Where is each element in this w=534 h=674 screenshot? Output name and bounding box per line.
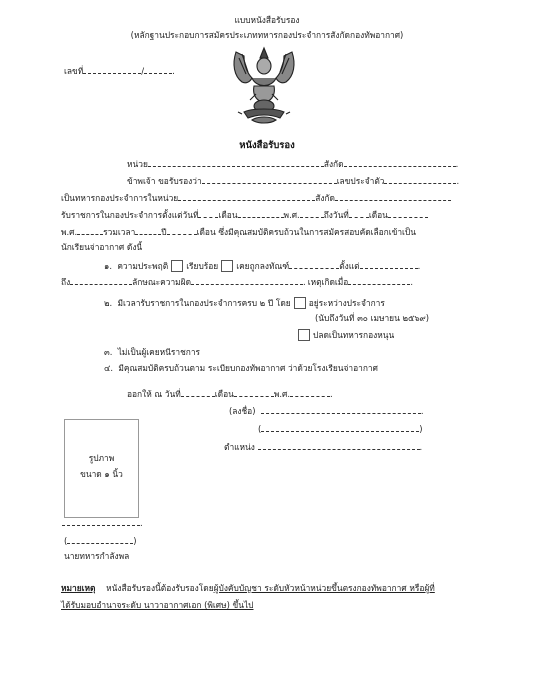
since-label: ตั้งแต่ [339,261,359,271]
item-1-number: ๑. [104,261,112,271]
soldier-affiliation-label: สังกัด [315,193,335,203]
item-2-number: ๒. [104,298,112,308]
item-1-label: ความประพฤติ [117,261,168,271]
incident-field[interactable] [348,277,410,285]
cadet-text: นักเรียนจ่าอากาศ ดังนี้ [61,243,142,251]
personnel-signature-row: . [62,518,142,527]
item-4-row: ๔. มีคุณสมบัติครบถ้วนตาม ระเบียบกองทัพอา… [104,364,378,372]
soldier-unit-row: เป็นทหารกองประจำการในหน่วยสังกัด [61,193,451,202]
document-number-row: เลขที่/. [64,66,174,75]
serving-checkbox[interactable] [294,297,306,309]
photo-label: รูปภาพ [65,454,138,462]
signer-close-paren: ) [419,424,422,434]
until-field[interactable] [70,277,132,285]
issue-day-field[interactable] [181,389,215,397]
offense-field[interactable] [191,277,303,285]
form-title: แบบหนังสือรับรอง [0,16,534,24]
garuda-emblem-icon [230,44,298,126]
personnel-close-paren: ) [133,536,136,546]
signer-name-field[interactable] [261,424,419,432]
affiliation-field[interactable] [344,159,456,167]
to-year-field[interactable] [77,227,103,235]
incident-label: เหตุเกิดเมื่อ [308,277,349,287]
photo-box[interactable]: รูปภาพ ขนาด ๑ นิ้ว [64,419,139,518]
document-number-label: เลขที่ [64,66,83,76]
unit-label: หน่วย [127,159,148,169]
certify-row: ข้าพเจ้า ขอรับรองว่าเลขประจำตัว. [127,176,458,185]
soldier-affiliation-field[interactable] [335,193,451,201]
from-month-label: เดือน [218,210,237,220]
item-4-number: ๔. [104,363,113,373]
behavior-good-checkbox[interactable] [171,260,183,272]
from-year-label: พ.ศ. [284,210,300,220]
total-years-field[interactable] [135,227,161,235]
to-day-field[interactable] [349,210,369,218]
service-period-row: รับราชการในกองประจำการตั้งแต่วันที่เดือน… [61,210,428,219]
item-3-label: ไม่เป็นผู้เคยหนีราชการ [118,347,200,357]
note-line-1: หมายเหตุ หนังสือรับรองนี้ต้องรับรองโดยผู… [61,584,435,592]
issued-label: ออกให้ ณ วันที่ [127,389,181,399]
unit-row: หน่วยสังกัด. [127,159,458,168]
until-label: ถึง [61,277,70,287]
note-text-plain: หนังสือรับรองนี้ต้องรับรองโดย [106,583,213,593]
issue-year-label: พ.ศ. [274,389,290,399]
position-row: ตำแหน่ง . [224,442,422,451]
signature-row: (ลงชื่อ) . [229,406,423,415]
id-number-label: เลขประจำตัว [337,176,385,186]
issue-year-field[interactable] [290,389,330,397]
signature-field[interactable] [261,406,421,414]
serving-note: (นับถึงวันที่ ๓๐ เมษายน ๒๕๖๙) [315,314,429,322]
item-2-label: มีเวลารับราชการในกองประจำการครบ ๒ ปี โดย [118,298,291,308]
affiliation-label: สังกัด [324,159,344,169]
total-months-field[interactable] [167,227,197,235]
soldier-unit-field[interactable] [178,193,315,201]
position-label: ตำแหน่ง [224,442,255,452]
behavior-punished-checkbox[interactable] [221,260,233,272]
note-label: หมายเหตุ [61,583,95,593]
note-line-2: ได้รับมอบอำนาจระดับ นาวาอากาศเอก (พิเศษ)… [61,601,254,609]
reserve-label: ปลดเป็นทหารกองหนุน [313,330,394,340]
certificate-title: หนังสือรับรอง [0,141,534,151]
document-number-field[interactable] [83,66,141,74]
item-4-label: มีคุณสมบัติครบถ้วนตาม ระเบียบกองทัพอากาศ… [118,363,378,373]
position-field[interactable] [258,442,420,450]
total-label: รวมเวลา [103,227,135,237]
certify-label: ข้าพเจ้า ขอรับรองว่า [127,176,202,186]
issue-date-row: ออกให้ ณ วันที่เดือนพ.ศ.. [127,389,332,398]
note-text-underlined-2: ได้รับมอบอำนาจระดับ นาวาอากาศเอก (พิเศษ)… [61,600,254,610]
to-month-label: เดือน [369,210,388,220]
form-subtitle: (หลักฐานประกอบการสมัครประเภททหารกองประจำ… [0,31,534,39]
issue-month-field[interactable] [234,389,274,397]
unit-field[interactable] [148,159,324,167]
reserve-checkbox[interactable] [298,329,310,341]
behavior-good-label: เรียบร้อย [186,261,218,271]
personnel-name-row: () [64,536,137,545]
sign-label: (ลงชื่อ) [229,406,255,416]
soldier-unit-label: เป็นทหารกองประจำการในหน่วย [61,193,178,203]
behavior-punished-label: เคยถูกลงทัณฑ์ [236,261,289,271]
offense-label: ลักษณะความผิด [132,277,191,287]
personnel-name-field[interactable] [67,536,133,544]
from-day-field[interactable] [198,210,218,218]
photo-size-label: ขนาด ๑ นิ้ว [65,470,138,478]
signer-name-row: () [258,424,423,433]
item-3-row: ๓. ไม่เป็นผู้เคยหนีราชการ [104,348,200,356]
id-number-field[interactable] [384,176,456,184]
offense-row: ถึงลักษณะความผิด. เหตุเกิดเมื่อ. [61,277,412,286]
total-duration-row: พ.ศ.รวมเวลาปีเดือน ซึ่งมีคุณสมบัติครบถ้ว… [61,227,416,236]
since-field[interactable] [360,261,418,269]
to-day-label: ถึงวันที่ [324,210,349,220]
from-month-field[interactable] [238,210,284,218]
to-month-field[interactable] [388,210,428,218]
qualification-text: เดือน ซึ่งมีคุณสมบัติครบถ้วนในการสมัครสอ… [197,227,416,237]
serving-label: อยู่ระหว่างประจำการ [309,298,385,308]
item-2-row: ๒. มีเวลารับราชการในกองประจำการครบ ๒ ปี … [104,297,385,309]
note-text-underlined-1: ผู้บังคับบัญชา ระดับหัวหน้าหน่วยขึ้นตรงก… [214,583,435,593]
item-3-number: ๓. [104,347,112,357]
from-year-field[interactable] [300,210,324,218]
soldier-name-field[interactable] [202,176,337,184]
to-year-label: พ.ศ. [61,227,77,237]
punished-detail-field[interactable] [289,261,339,269]
personnel-officer-title: นายทหารกำลังพล [64,552,129,560]
issue-month-label: เดือน [215,389,234,399]
personnel-signature-field[interactable] [62,518,140,526]
service-from-label: รับราชการในกองประจำการตั้งแต่วันที่ [61,210,198,220]
reserve-row: ปลดเป็นทหารกองหนุน [298,329,394,341]
document-year-field[interactable] [144,66,172,74]
item-1-row: ๑. ความประพฤติเรียบร้อยเคยถูกลงทัณฑ์ตั้ง… [104,260,420,272]
